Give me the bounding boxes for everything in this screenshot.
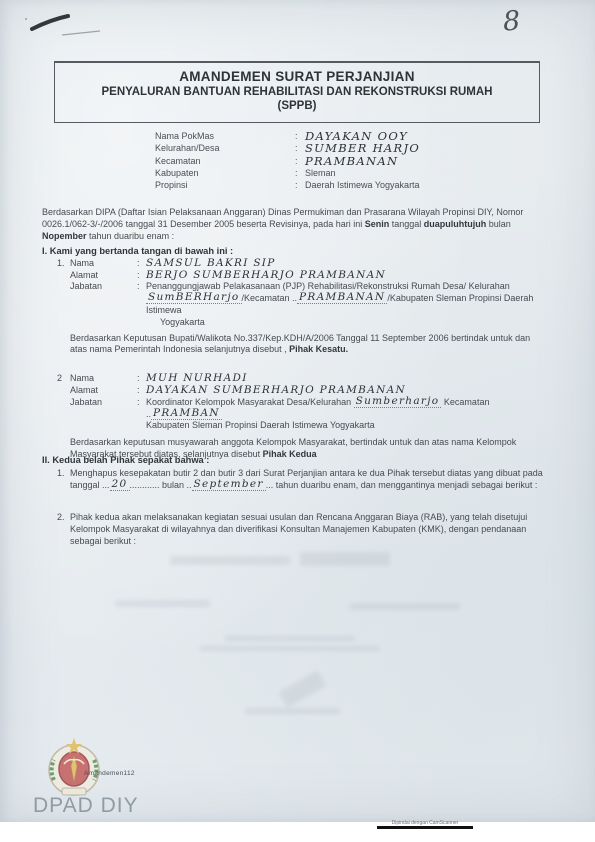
position-district-handwritten: PRAMBAN [151,407,222,420]
party2-position-row: Jabatan : Koordinator Kelompok Masyaraka… [42,397,554,432]
colon: : [137,373,146,385]
clause-month-handwritten: September [192,478,266,491]
field-value-handwritten: PRAMBANAN [305,156,398,167]
position-text: Kabupaten Sleman Propinsi Daerah Istimew… [146,420,375,430]
intro-text: tanggal [389,219,424,229]
intro-day: Senin [365,219,390,229]
intro-text: tahun duaribu enam : [87,231,175,241]
intro-month: Nopember [42,231,87,241]
section2-heading: II. Kedua belah Pihak sepakat bahwa : [42,455,556,467]
clause-date-handwritten: 20 [110,478,130,491]
party2-position-value: Koordinator Kelompok Masyarakat Desa/Kel… [146,397,554,432]
party2-block: 2 Nama : MUH NURHADI Alamat : DAYAKAN SU… [42,373,554,461]
section-signatories: I. Kami yang bertanda tangan di bawah in… [42,246,554,461]
scanned-document-page: 8 AMANDEMEN SURAT PERJANJIAN PENYALURAN … [0,0,595,842]
pokmas-form: Nama PokMas : DAYAKAN OOY Kelurahan/Desa… [155,131,555,192]
position-text: Yogyakarta [160,317,205,327]
agreement-item2-text: Pihak kedua akan melaksanakan kegiatan s… [70,512,556,547]
colon: : [137,270,146,282]
colon: : [137,281,146,328]
field-value-handwritten: SUMBER HARJO [305,143,420,154]
field-label: Kelurahan/Desa [155,143,295,153]
field-label: Nama [70,373,137,385]
agreement-item-1: 1. Menghapus kesepakatan butir 2 dan but… [42,468,556,492]
bleedthrough-ghost [300,552,390,566]
position-text: Penanggungjawab Pelakasanaan (PJP) Rehab… [146,281,510,291]
party1-address-row: Alamat : BERJO SUMBERHARJO PRAMBANAN [42,270,554,282]
field-label: Jabatan [70,397,137,432]
field-label: Jabatan [70,281,137,328]
colon: : [295,143,305,153]
intro-text: bulan [486,219,511,229]
bleedthrough-ghost [115,600,210,607]
party2-address-handwritten: DAYAKAN SUMBERHARJO PRAMBANAN [146,385,554,397]
position-text: /Kecamatan .. [242,293,298,303]
clause-text: ............ bulan .. [130,480,192,490]
bleedthrough-ghost [225,636,355,641]
agreement-item1-text: Menghapus kesepakatan butir 2 dan butir … [70,468,556,492]
party1-address-handwritten: BERJO SUMBERHARJO PRAMBANAN [146,270,554,282]
diy-emblem-logo [46,736,102,800]
spacer [57,385,70,397]
logo-caption: Amandemen112 [84,770,135,777]
intro-date-word: duapuluhtujuh [424,219,486,229]
scanner-watermark: Dipindai dengan CamScanner [377,820,473,829]
intro-paragraph: Berdasarkan DIPA (Daftar Isian Pelaksana… [42,207,547,242]
colon: : [295,180,305,190]
colon: : [295,156,305,166]
section1-heading: I. Kami yang bertanda tangan di bawah in… [42,246,554,258]
position-village-handwritten: SumBERHarjo [146,291,242,304]
bleedthrough-ghost [350,603,460,610]
colon: : [137,258,146,270]
spacer [57,397,70,432]
party2-address-row: Alamat : DAYAKAN SUMBERHARJO PRAMBANAN [42,385,554,397]
document-subtitle: PENYALURAN BANTUAN REHABILITASI DAN REKO… [55,86,539,98]
document-abbreviation: (SPPB) [55,100,539,112]
agreement-item-2: 2. Pihak kedua akan melaksanakan kegiata… [42,512,556,547]
bleedthrough-ghost [245,708,340,714]
position-district-handwritten: PRAMBANAN [297,291,387,304]
list-number: 2. [57,512,70,547]
field-value: Daerah Istimewa Yogyakarta [305,180,420,190]
form-row-kabupaten: Kabupaten : Sleman [155,168,555,180]
clause-text: ... tahun duaribu enam, dan menggantinya… [266,480,538,490]
colon: : [137,397,146,432]
field-label: Alamat [70,385,137,397]
colon: : [295,131,305,141]
party1-basis-paragraph: Berdasarkan Keputusan Bupati/Walikota No… [70,333,542,357]
spacer [57,281,70,328]
position-text: Koordinator Kelompok Masyarakat Desa/Kel… [146,397,354,407]
section-agreement: II. Kedua belah Pihak sepakat bahwa : 1.… [42,455,556,548]
field-label: Propinsi [155,180,295,190]
form-row-propinsi: Propinsi : Daerah Istimewa Yogyakarta [155,180,555,192]
party1-position-value: Penanggungjawab Pelakasanaan (PJP) Rehab… [146,281,554,328]
list-number: 2 [57,373,70,385]
field-label: Alamat [70,270,137,282]
bleedthrough-ghost [200,646,380,651]
bleedthrough-ghost [170,556,290,565]
spacer [57,270,70,282]
document-title: AMANDEMEN SURAT PERJANJIAN [55,69,539,84]
bleedthrough-ghost [279,670,327,708]
field-label: Nama [70,258,137,270]
party1-name-handwritten: SAMSUL BAKRI SIP [146,258,554,270]
position-village-handwritten: Sumberharjo [354,395,442,408]
field-value: Sleman [305,168,336,178]
party1-position-row: Jabatan : Penanggungjawab Pelakasanaan (… [42,281,554,328]
pen-mark [18,5,118,45]
paper-background: 8 AMANDEMEN SURAT PERJANJIAN PENYALURAN … [0,0,595,822]
list-number: 1. [57,258,70,270]
dpad-watermark: DPAD DIY [33,794,139,818]
party1-name-row: 1. Nama : SAMSUL BAKRI SIP [42,258,554,270]
field-label: Nama PokMas [155,131,295,141]
handwritten-page-number: 8 [502,5,521,37]
form-row-kecamatan: Kecamatan : PRAMBANAN [155,156,555,168]
field-label: Kecamatan [155,156,295,166]
field-label: Kabupaten [155,168,295,178]
list-number: 1. [57,468,70,492]
colon: : [295,168,305,178]
party1-designation: Pihak Kesatu. [289,344,348,354]
title-box: AMANDEMEN SURAT PERJANJIAN PENYALURAN BA… [54,61,540,123]
colon: : [137,385,146,397]
